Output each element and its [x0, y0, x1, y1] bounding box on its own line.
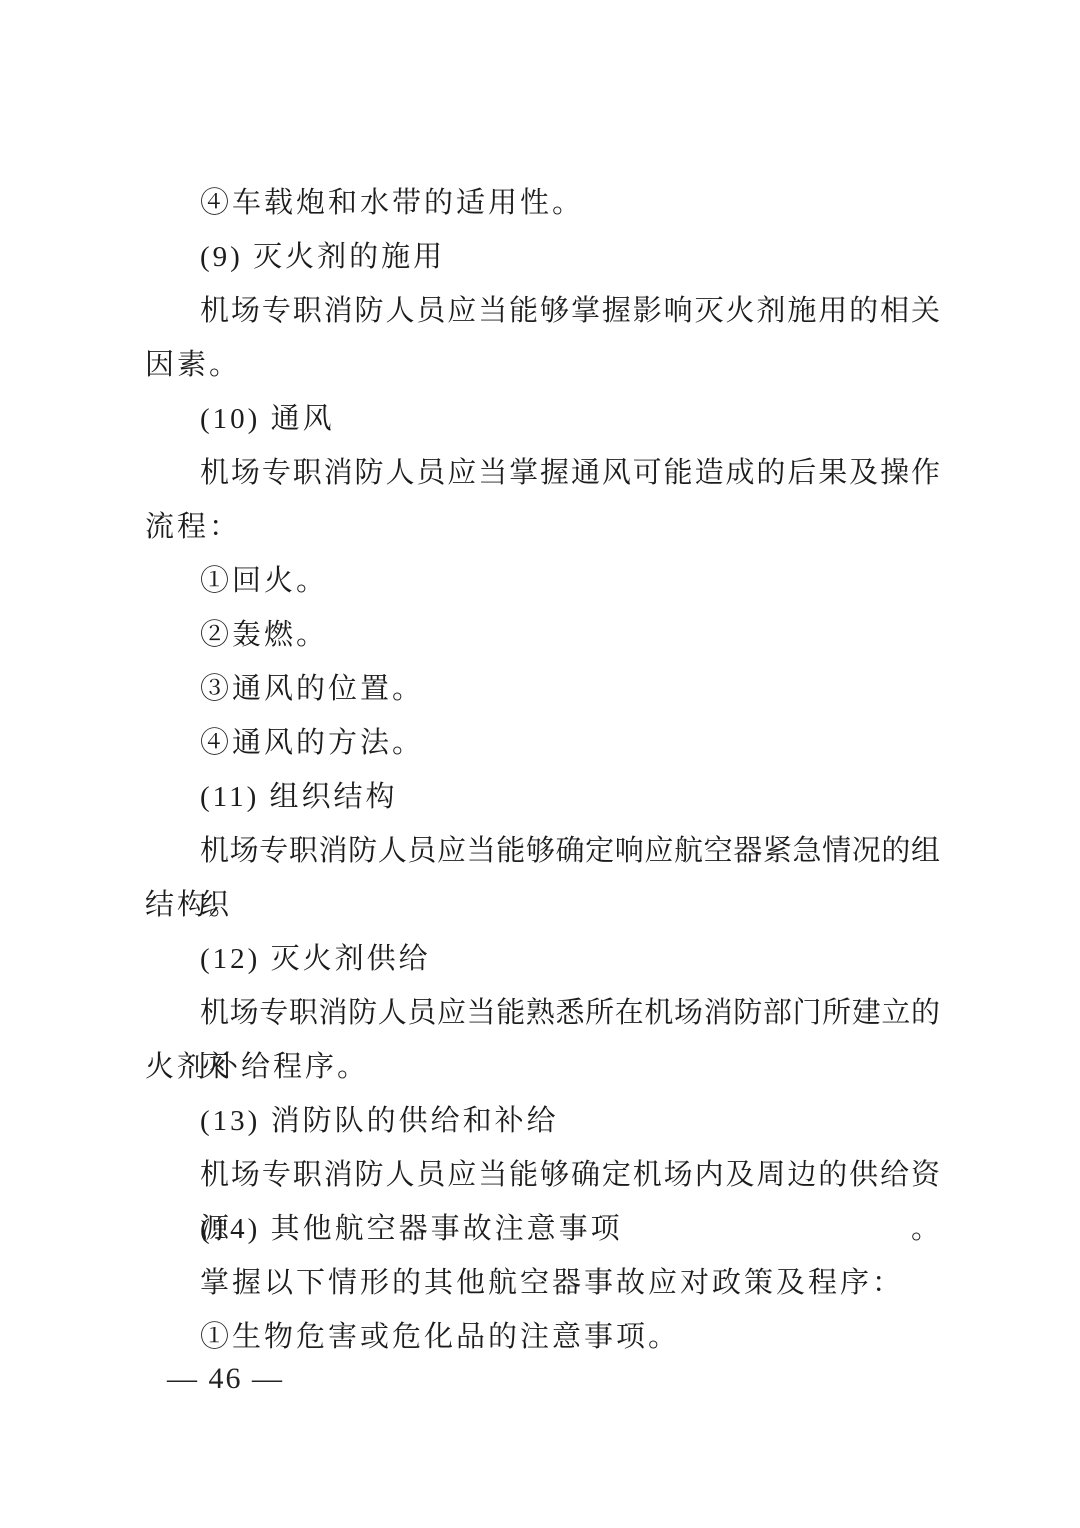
- text-line: 机场专职消防人员应当能熟悉所在机场消防部门所建立的灭: [145, 986, 940, 1040]
- text-line: 机场专职消防人员应当能够掌握影响灭火剂施用的相关: [145, 284, 940, 338]
- text-line: 流程：: [145, 500, 940, 554]
- page-number: — 46 —: [167, 1352, 284, 1406]
- text-line: (11) 组织结构: [145, 770, 940, 824]
- document-page: ④车载炮和水带的适用性。(9) 灭火剂的施用机场专职消防人员应当能够掌握影响灭火…: [0, 0, 1080, 1528]
- text-line: 机场专职消防人员应当能够确定响应航空器紧急情况的组织: [145, 824, 940, 878]
- text-line: 机场专职消防人员应当掌握通风可能造成的后果及操作: [145, 446, 940, 500]
- text-line: 机场专职消防人员应当能够确定机场内及周边的供给资源。: [145, 1148, 940, 1202]
- text-line: 结构。: [145, 878, 940, 932]
- text-line: 掌握以下情形的其他航空器事故应对政策及程序：: [145, 1256, 940, 1310]
- text-line: (12) 灭火剂供给: [145, 932, 940, 986]
- text-line: (13) 消防队的供给和补给: [145, 1094, 940, 1148]
- document-body: ④车载炮和水带的适用性。(9) 灭火剂的施用机场专职消防人员应当能够掌握影响灭火…: [145, 176, 940, 1364]
- text-line: 火剂补给程序。: [145, 1040, 940, 1094]
- text-line: (10) 通风: [145, 392, 940, 446]
- text-line: ③通风的位置。: [145, 662, 940, 716]
- text-line: ①回火。: [145, 554, 940, 608]
- text-line: 因素。: [145, 338, 940, 392]
- text-line: ②轰燃。: [145, 608, 940, 662]
- page-number-label: — 46 —: [167, 1362, 284, 1395]
- text-line: (9) 灭火剂的施用: [145, 230, 940, 284]
- text-line: ④通风的方法。: [145, 716, 940, 770]
- text-line: ④车载炮和水带的适用性。: [145, 176, 940, 230]
